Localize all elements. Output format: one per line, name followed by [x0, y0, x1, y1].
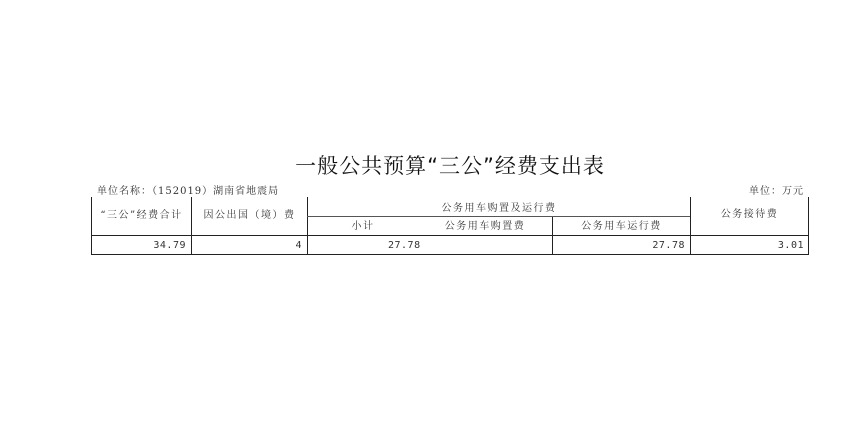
header-reception: 公务接待费 [691, 209, 808, 221]
expense-table: “三公”经费合计 因公出国（境）费 公务用车购置及运行费 小计 公务用车购置费 … [0, 0, 866, 426]
header-total: “三公”经费合计 [92, 210, 191, 222]
header-vehicle-group: 公务用车购置及运行费 [308, 203, 690, 215]
header-rule [91, 235, 809, 236]
header-vehicle-operation: 公务用车运行费 [553, 221, 690, 233]
subheader-rule [307, 216, 690, 217]
header-vehicle-purchase: 公务用车购置费 [418, 221, 552, 233]
cell-total: 34.79 [92, 240, 186, 252]
cell-overseas: 4 [192, 240, 302, 252]
header-overseas: 因公出国（境）费 [192, 210, 307, 222]
cell-vehicle-subtotal: 27.78 [388, 240, 448, 252]
cell-vehicle-operation: 27.78 [553, 240, 685, 252]
table-border-bottom [91, 254, 809, 255]
table-border-right [808, 197, 809, 255]
header-vehicle-subtotal: 小计 [308, 221, 418, 233]
cell-reception: 3.01 [691, 240, 804, 252]
